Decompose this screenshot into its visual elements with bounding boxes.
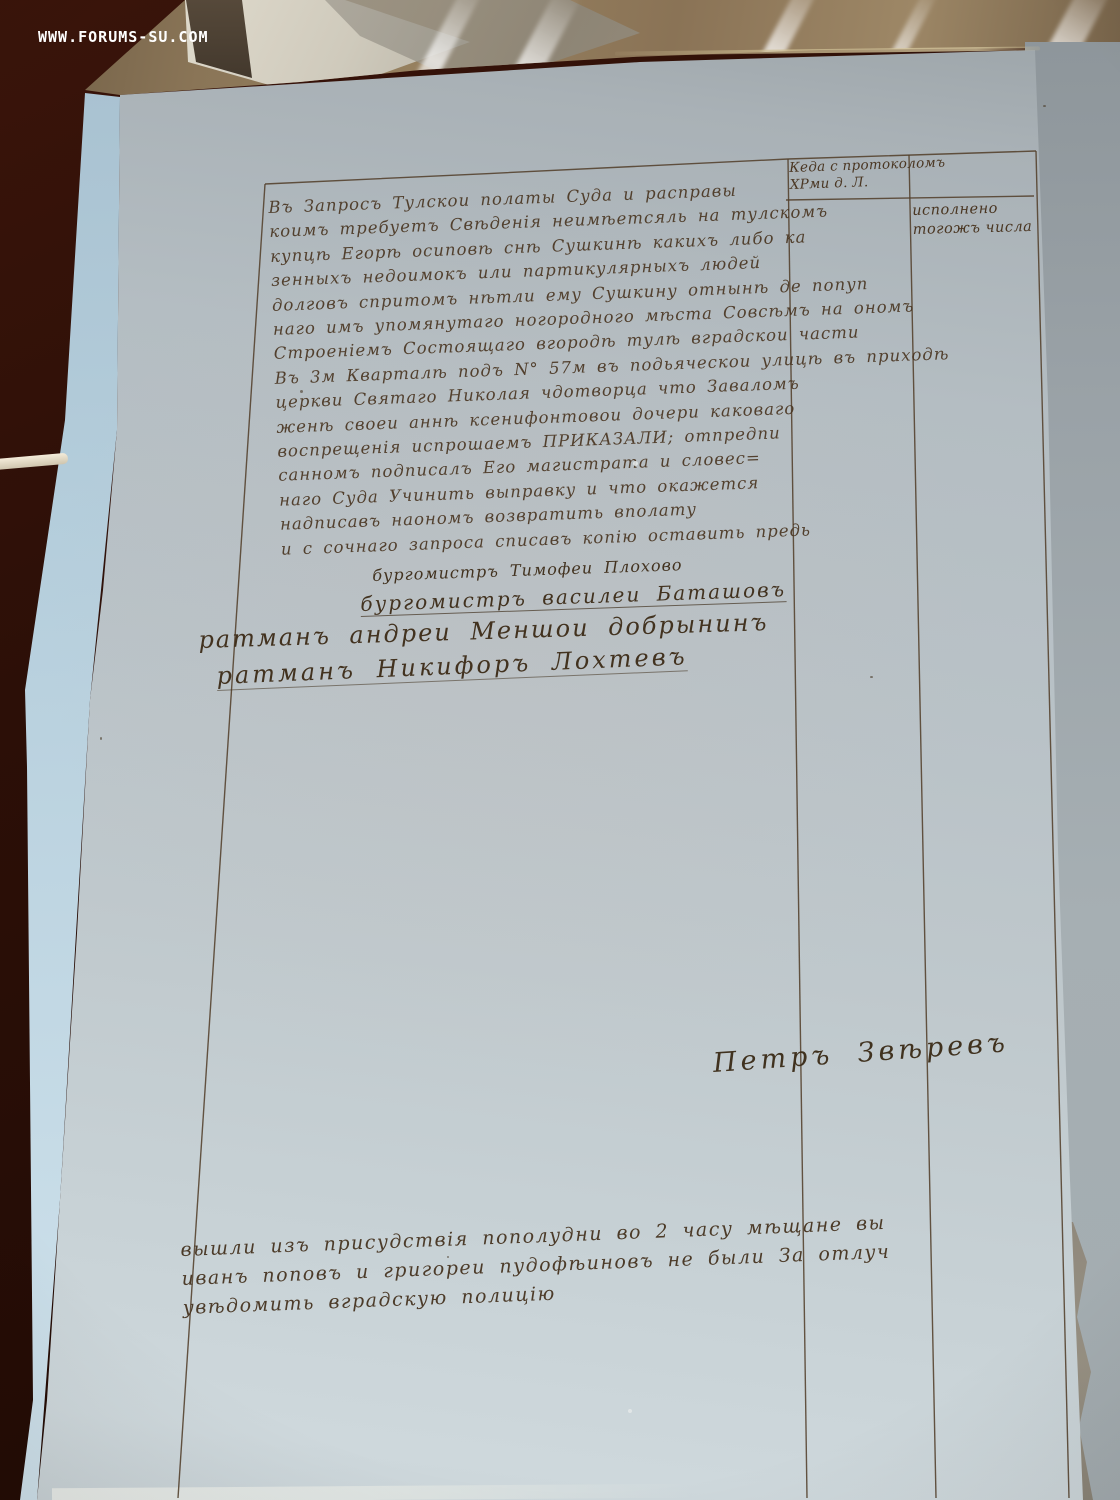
ink-speck	[100, 737, 102, 740]
note-line: тогожъ числа	[912, 218, 1032, 240]
manuscript-body: Въ Запросъ Тулскои полаты Суда и расправ…	[268, 177, 811, 562]
archival-document-photo: Кеда с протоколомъ ХРми д. Л. исполнено …	[0, 0, 1120, 1500]
ink-speck	[1043, 105, 1046, 107]
ink-speck	[300, 390, 303, 393]
register-execution-note-cell: исполнено тогожъ числа	[912, 199, 1033, 240]
ink-speck	[447, 1256, 449, 1258]
paper-fleck	[628, 1409, 632, 1413]
ruling-column-3	[1036, 151, 1069, 1498]
paper-fleck	[633, 461, 638, 466]
ink-speck	[870, 676, 873, 678]
forum-watermark: WWW.FORUMS-SU.COM	[38, 28, 209, 46]
register-header-left-cell: Кеда с протоколомъ ХРми д. Л.	[789, 156, 908, 194]
